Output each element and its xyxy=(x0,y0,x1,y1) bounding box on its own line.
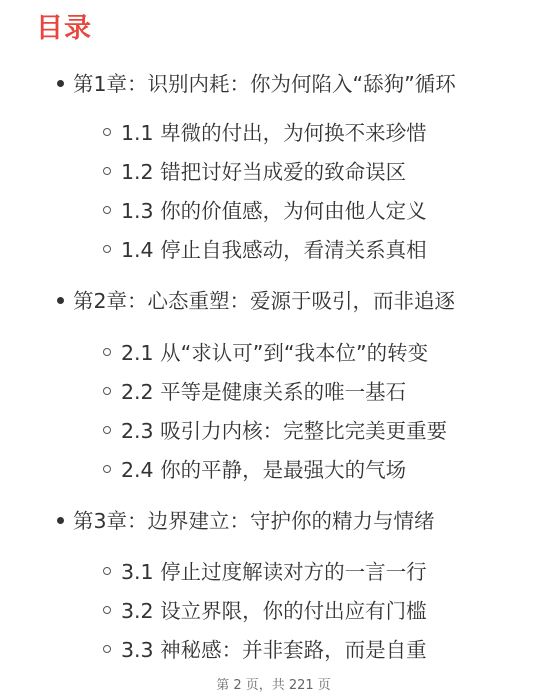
bullet-icon xyxy=(57,297,64,304)
toc-section-2-4[interactable]: 2.4 你的平静，是最强大的气场 xyxy=(103,456,406,484)
circle-bullet-icon xyxy=(103,167,111,175)
toc-section-3-1[interactable]: 3.1 停止过度解读对方的一言一行 xyxy=(103,558,427,586)
section-label: 1.1 卑微的付出，为何换不来珍惜 xyxy=(121,121,427,145)
page-title: 目录 xyxy=(36,12,92,46)
chapter-label: 第2章：心态重塑：爱源于吸引，而非追逐 xyxy=(73,289,455,313)
toc-chapter-2[interactable]: 第2章：心态重塑：爱源于吸引，而非追逐 xyxy=(57,287,455,315)
toc-section-2-3[interactable]: 2.3 吸引力内核：完整比完美更重要 xyxy=(103,417,447,445)
circle-bullet-icon xyxy=(103,348,111,356)
toc-chapter-3[interactable]: 第3章：边界建立：守护你的精力与情绪 xyxy=(57,507,435,535)
section-label: 2.4 你的平静，是最强大的气场 xyxy=(121,458,406,482)
section-label: 2.1 从“求认可”到“我本位”的转变 xyxy=(121,341,428,365)
bullet-icon xyxy=(57,80,64,87)
circle-bullet-icon xyxy=(103,567,111,575)
section-label: 1.2 错把讨好当成爱的致命误区 xyxy=(121,160,406,184)
toc-section-1-2[interactable]: 1.2 错把讨好当成爱的致命误区 xyxy=(103,158,406,186)
toc-section-1-3[interactable]: 1.3 你的价值感，为何由他人定义 xyxy=(103,197,427,225)
toc-section-3-2[interactable]: 3.2 设立界限，你的付出应有门槛 xyxy=(103,597,427,625)
page-indicator: 第 2 页，共 221 页 xyxy=(0,677,547,695)
section-label: 3.1 停止过度解读对方的一言一行 xyxy=(121,560,427,584)
section-label: 2.2 平等是健康关系的唯一基石 xyxy=(121,380,406,404)
toc-section-1-4[interactable]: 1.4 停止自我感动，看清关系真相 xyxy=(103,236,427,264)
circle-bullet-icon xyxy=(103,206,111,214)
toc-section-2-1[interactable]: 2.1 从“求认可”到“我本位”的转变 xyxy=(103,339,428,367)
circle-bullet-icon xyxy=(103,387,111,395)
section-label: 3.3 神秘感：并非套路，而是自重 xyxy=(121,638,427,662)
circle-bullet-icon xyxy=(103,128,111,136)
section-label: 1.3 你的价值感，为何由他人定义 xyxy=(121,199,427,223)
circle-bullet-icon xyxy=(103,606,111,614)
toc-section-3-3[interactable]: 3.3 神秘感：并非套路，而是自重 xyxy=(103,636,427,664)
bullet-icon xyxy=(57,517,64,524)
section-label: 1.4 停止自我感动，看清关系真相 xyxy=(121,238,427,262)
circle-bullet-icon xyxy=(103,245,111,253)
circle-bullet-icon xyxy=(103,465,111,473)
toc-section-2-2[interactable]: 2.2 平等是健康关系的唯一基石 xyxy=(103,378,406,406)
circle-bullet-icon xyxy=(103,645,111,653)
toc-chapter-1[interactable]: 第1章：识别内耗：你为何陷入“舔狗”循环 xyxy=(57,70,456,98)
circle-bullet-icon xyxy=(103,426,111,434)
section-label: 2.3 吸引力内核：完整比完美更重要 xyxy=(121,419,447,443)
section-label: 3.2 设立界限，你的付出应有门槛 xyxy=(121,599,427,623)
toc-section-1-1[interactable]: 1.1 卑微的付出，为何换不来珍惜 xyxy=(103,119,427,147)
chapter-label: 第1章：识别内耗：你为何陷入“舔狗”循环 xyxy=(73,72,456,96)
chapter-label: 第3章：边界建立：守护你的精力与情绪 xyxy=(73,509,435,533)
